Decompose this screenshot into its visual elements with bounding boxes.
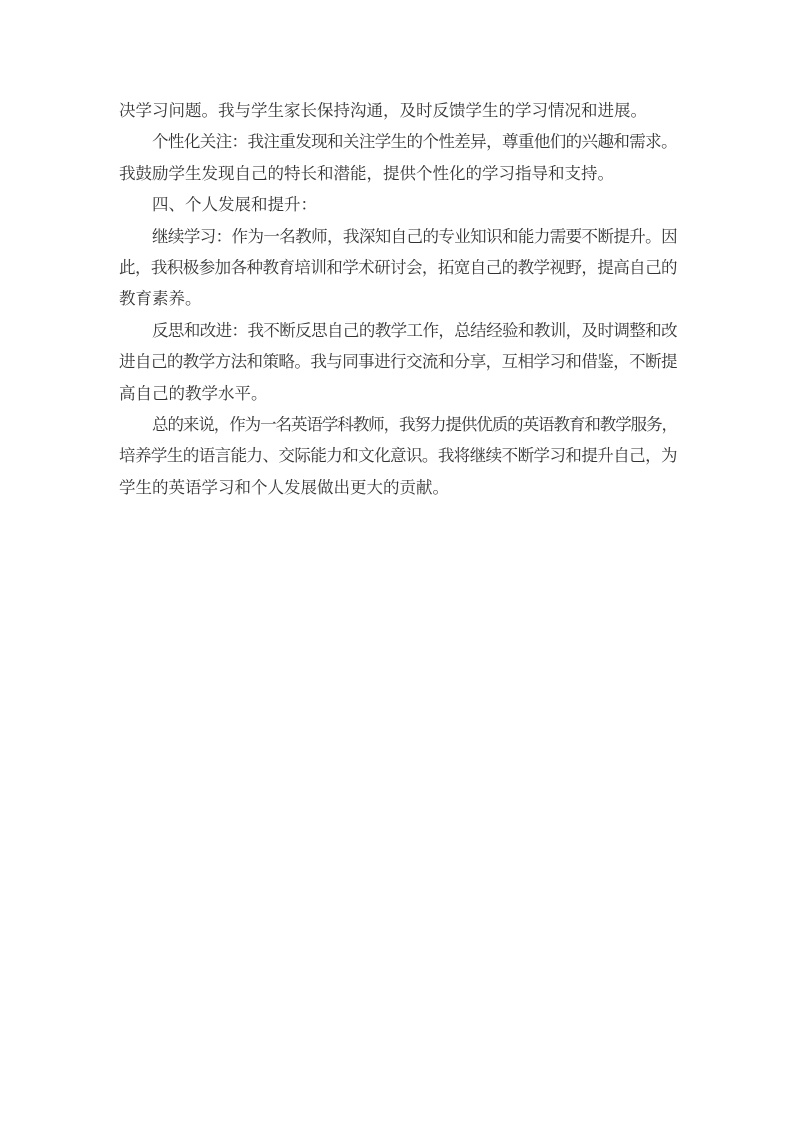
text-line: 培养学生的语言能力、交际能力和文化意识。我将继续不断学习和提升自己，为 <box>119 440 677 471</box>
text-line: 进自己的教学方法和策略。我与同事进行交流和分享，互相学习和借鉴，不断提 <box>119 346 677 377</box>
text-line: 决学习问题。我与学生家长保持沟通，及时反馈学生的学习情况和进展。 <box>119 95 677 126</box>
document-page: 决学习问题。我与学生家长保持沟通，及时反馈学生的学习情况和进展。 个性化关注：我… <box>0 0 793 1122</box>
text-line: 我鼓励学生发现自己的特长和潜能，提供个性化的学习指导和支持。 <box>119 158 677 189</box>
document-body: 决学习问题。我与学生家长保持沟通，及时反馈学生的学习情况和进展。 个性化关注：我… <box>119 95 677 503</box>
text-line: 个性化关注：我注重发现和关注学生的个性差异，尊重他们的兴趣和需求。 <box>119 126 677 157</box>
text-line: 教育素养。 <box>119 283 677 314</box>
text-line: 继续学习：作为一名教师，我深知自己的专业知识和能力需要不断提升。因 <box>119 221 677 252</box>
text-line: 学生的英语学习和个人发展做出更大的贡献。 <box>119 472 677 503</box>
text-line: 总的来说，作为一名英语学科教师，我努力提供优质的英语教育和教学服务， <box>119 409 677 440</box>
text-line: 高自己的教学水平。 <box>119 378 677 409</box>
text-line: 此，我积极参加各种教育培训和学术研讨会，拓宽自己的教学视野，提高自己的 <box>119 252 677 283</box>
text-line: 反思和改进：我不断反思自己的教学工作，总结经验和教训，及时调整和改 <box>119 315 677 346</box>
text-line: 四、个人发展和提升： <box>119 189 677 220</box>
